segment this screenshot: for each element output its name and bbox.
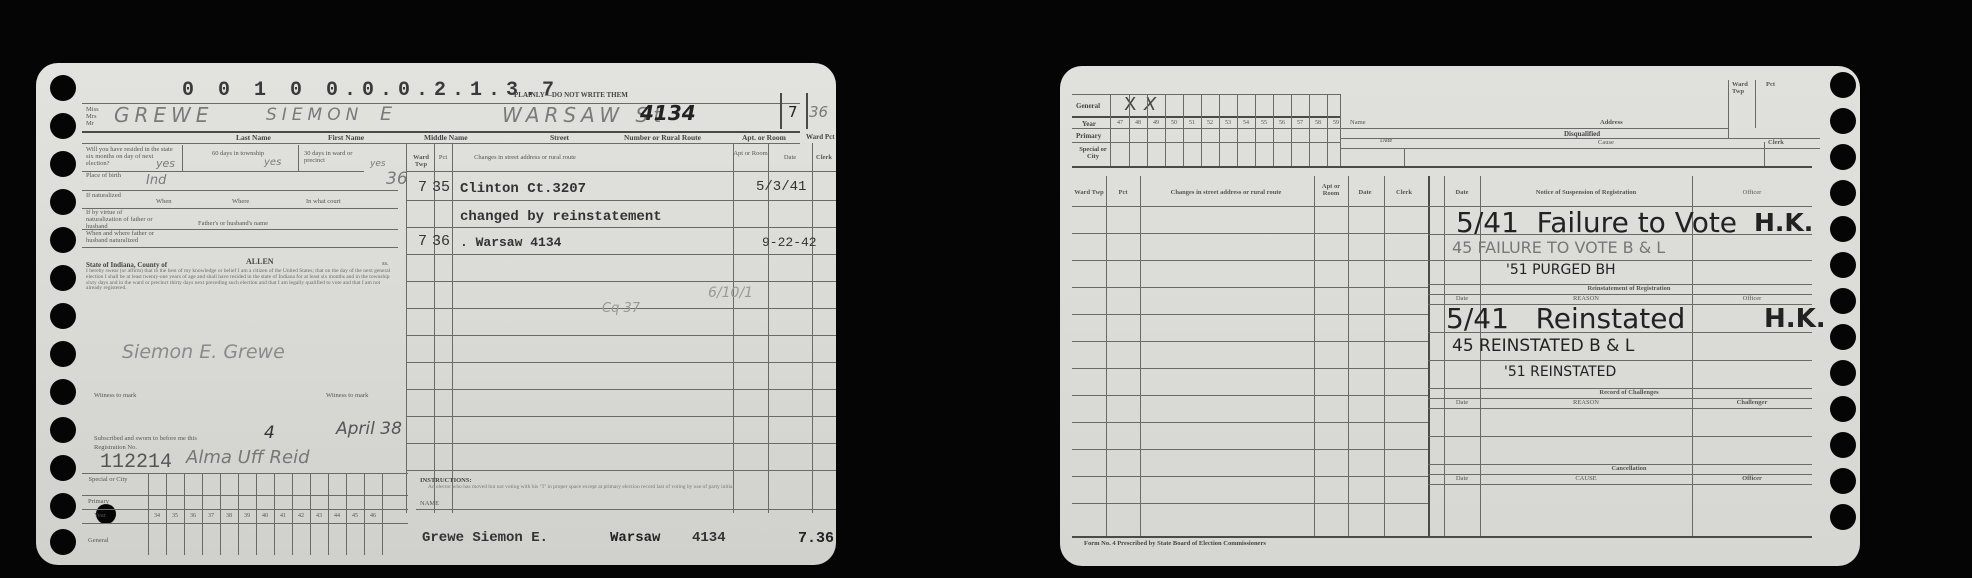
col-header-clerk: Clerk — [812, 155, 836, 162]
voter-registration-card-back: General X X Year 47 48 49 50 51 52 53 54… — [1060, 66, 1860, 566]
label-number: Number or Rural Route — [624, 133, 701, 142]
challenges-header-reason: REASON — [1480, 400, 1692, 407]
cancellation-header-date: Date — [1444, 476, 1480, 483]
margin-note-1: 6/10/1 — [708, 285, 753, 301]
pct-value: 36 — [809, 103, 828, 121]
general-mark-47: X — [1124, 94, 1136, 115]
change-row-1-ward: 7 — [418, 179, 427, 196]
col-header-clerk: Clerk — [1384, 190, 1424, 197]
grid-label-general: General — [88, 538, 109, 545]
punch-hole — [50, 75, 76, 101]
col-header-date: Date — [768, 155, 812, 162]
label-witness-1: Witness to mark — [94, 393, 136, 400]
punch-hole — [1830, 108, 1856, 134]
punch-hole — [50, 493, 76, 519]
oath-text: I hereby swear (or affirm) that to the b… — [86, 269, 396, 292]
punch-hole — [50, 303, 76, 329]
residency-township-answer: yes — [264, 157, 281, 168]
grid-label-primary: Primary — [88, 499, 109, 506]
grid-label-primary: Primary — [1076, 132, 1101, 140]
col-header-ward: Ward Twp — [408, 155, 434, 169]
punch-hole — [50, 417, 76, 443]
col-header-apt: Apt or Room — [1314, 184, 1348, 198]
reinstatement-row-1-officer: H.K. — [1764, 304, 1826, 334]
punch-hole — [50, 151, 76, 177]
voter-signature: Siemon E. Grewe — [122, 341, 285, 363]
place-of-birth-value: Ind — [146, 173, 166, 188]
cancellation-title: Cancellation — [1444, 466, 1814, 473]
change-row-3-address: . Warsaw 4134 — [460, 235, 561, 250]
label-naturalized-court: In what court — [306, 199, 341, 206]
suspension-header-date: Date — [1444, 190, 1480, 197]
change-row-1-address: Clinton Ct.3207 — [460, 181, 586, 197]
suspension-row-2: 45 FAILURE TO VOTE B & L — [1452, 238, 1665, 257]
punch-hole — [50, 379, 76, 405]
first-name-value: SIEMON — [266, 105, 363, 125]
punch-hole — [1830, 180, 1856, 206]
punch-hole — [1830, 432, 1856, 458]
grid-label-general: General — [1076, 102, 1100, 110]
reinstatement-header-officer: Officer — [1692, 296, 1812, 303]
footer-number: 4134 — [692, 530, 726, 546]
suspension-row-3: '51 PURGED BH — [1506, 262, 1616, 278]
house-number-value: 4134 — [640, 101, 696, 125]
label-parent-naturalization: If by virtue of naturalization of father… — [86, 210, 156, 230]
grid-label-year: Year — [1082, 120, 1096, 128]
residency-ward-question: 30 days in ward or precinct — [304, 151, 374, 165]
punch-hole — [50, 265, 76, 291]
punch-hole — [1830, 144, 1856, 170]
change-row-3-ward: 7 — [418, 233, 427, 250]
punch-hole — [50, 529, 76, 555]
label-ward-twp: Ward Twp — [1732, 82, 1754, 96]
residency-ward-answer: yes — [370, 159, 386, 169]
label-street: Street — [550, 133, 569, 142]
col-header-ward: Ward Twp — [1072, 190, 1106, 197]
footer-ward-pct: 7.36 — [798, 530, 834, 547]
punch-hole — [1830, 288, 1856, 314]
sworn-day: 4 — [264, 423, 275, 443]
reinstatement-row-3: '51 REINSTATED — [1504, 364, 1616, 380]
change-row-2-note: changed by reinstatement — [460, 209, 662, 225]
footer-name: Grewe Siemon E. — [422, 530, 548, 546]
label-date: Date — [1380, 138, 1392, 145]
last-name-value: GREWE — [114, 103, 213, 127]
punch-hole — [1830, 72, 1856, 98]
sworn-text: Subscribed and sworn to before me this — [94, 436, 197, 443]
punch-hole — [50, 227, 76, 253]
challenges-header-date: Date — [1444, 400, 1480, 407]
punch-hole — [50, 189, 76, 215]
punch-hole — [1830, 396, 1856, 422]
label-pct: Pct — [1766, 82, 1775, 89]
label-naturalized: If naturalized — [86, 193, 126, 200]
label-clerk: Clerk — [1768, 140, 1784, 147]
age-value: 36 — [386, 169, 408, 189]
label-place-of-birth: Place of birth — [86, 173, 126, 180]
suspension-header-notice: Notice of Suspension of Registration — [1480, 190, 1692, 197]
ward-value: 7 — [788, 103, 798, 121]
general-mark-48: X — [1144, 94, 1156, 115]
punch-hole — [50, 341, 76, 367]
punch-hole — [1830, 504, 1856, 530]
voter-registration-card-front: 0 0 1 0 0.0.0.2.1.3.7 PLAINLY—DO NOT WRI… — [36, 63, 836, 565]
label-apt: Apt. or Room — [742, 133, 786, 142]
label-ward-pct: Ward Pct — [806, 133, 835, 141]
col-header-pct: Pct — [434, 155, 452, 162]
label-naturalized-when: When — [156, 199, 172, 206]
change-row-1-date: 5/3/41 — [756, 179, 806, 195]
change-row-3-pct: 36 — [432, 233, 450, 250]
oath-county-value: ALLEN — [246, 257, 274, 266]
label-name: NAME — [420, 501, 439, 508]
challenges-title: Record of Challenges — [1444, 390, 1814, 397]
grid-label-special: Special or City — [1076, 146, 1110, 160]
label-address: Address — [1600, 120, 1623, 127]
label-parent-when-where: When and where father or husband natural… — [86, 231, 176, 245]
grid-label-special: Special or City — [88, 477, 128, 484]
col-header-change: Changes in street address or rural route — [452, 155, 598, 162]
label-witness-2: Witness to mark — [326, 393, 368, 400]
header-instruction: PLAINLY—DO NOT WRITE THEM — [514, 91, 628, 99]
reinstatement-title: Reinstatement of Registration — [1444, 286, 1814, 293]
change-row-3-date: 9-22-42 — [762, 235, 817, 250]
label-naturalized-where: Where — [232, 199, 249, 206]
serial-number: 0 0 1 0 0.0.0.2.1.3.7 — [182, 79, 560, 102]
suspension-row-1-officer: H.K. — [1754, 208, 1813, 237]
form-footer: Form No. 4 Prescribed by State Board of … — [1084, 540, 1266, 547]
change-row-1-pct: 35 — [432, 179, 450, 196]
cancellation-header-officer: Officer — [1692, 476, 1812, 483]
reinstatement-row-2: 45 REINSTATED B & L — [1452, 336, 1634, 356]
punch-hole — [50, 455, 76, 481]
punch-hole — [1830, 216, 1856, 242]
cancellation-header-cause: CAUSE — [1480, 476, 1692, 483]
label-parent-name: Father's or husband's name — [198, 221, 268, 228]
punch-hole — [1830, 360, 1856, 386]
reinstatement-row-1: 5/41 Reinstated — [1446, 302, 1685, 335]
residency-township-question: 60 days in township — [212, 151, 268, 158]
suspension-header-officer: Officer — [1692, 190, 1812, 197]
punch-hole — [50, 113, 76, 139]
col-header-date: Date — [1348, 190, 1382, 197]
col-header-pct: Pct — [1106, 190, 1140, 197]
registration-number: 112214 — [100, 451, 172, 474]
margin-note-2: Cq 37 — [602, 301, 640, 316]
middle-name-value: E — [380, 103, 392, 125]
challenges-header-challenger: Challenger — [1692, 400, 1812, 407]
label-middle-name: Middle Name — [424, 133, 468, 142]
instructions-text: An elector who has moved but not voting … — [428, 485, 828, 491]
label-name: Name — [1350, 120, 1366, 127]
punch-hole — [1830, 324, 1856, 350]
oath-ss: ss. — [382, 261, 389, 268]
registrar-signature: Alma Uff Reid — [186, 447, 310, 468]
col-header-change: Changes in street address or rural route — [1140, 190, 1312, 197]
sworn-month: April 38 — [336, 419, 402, 439]
footer-street: Warsaw — [610, 530, 660, 546]
label-cause: Cause — [1598, 140, 1614, 147]
label-disqualified: Disqualified — [1564, 130, 1600, 138]
punch-hole — [1830, 468, 1856, 494]
label-last-name: Last Name — [236, 133, 271, 142]
residency-state-answer: yes — [156, 157, 175, 170]
punch-hole — [1830, 252, 1856, 278]
grid-label-year: Year — [94, 513, 106, 520]
instructions-label: INSTRUCTIONS: — [420, 477, 472, 484]
salutation-labels: Miss Mrs Mr — [86, 107, 99, 127]
label-first-name: First Name — [328, 133, 364, 142]
col-header-apt: Apt or Room — [733, 151, 768, 158]
